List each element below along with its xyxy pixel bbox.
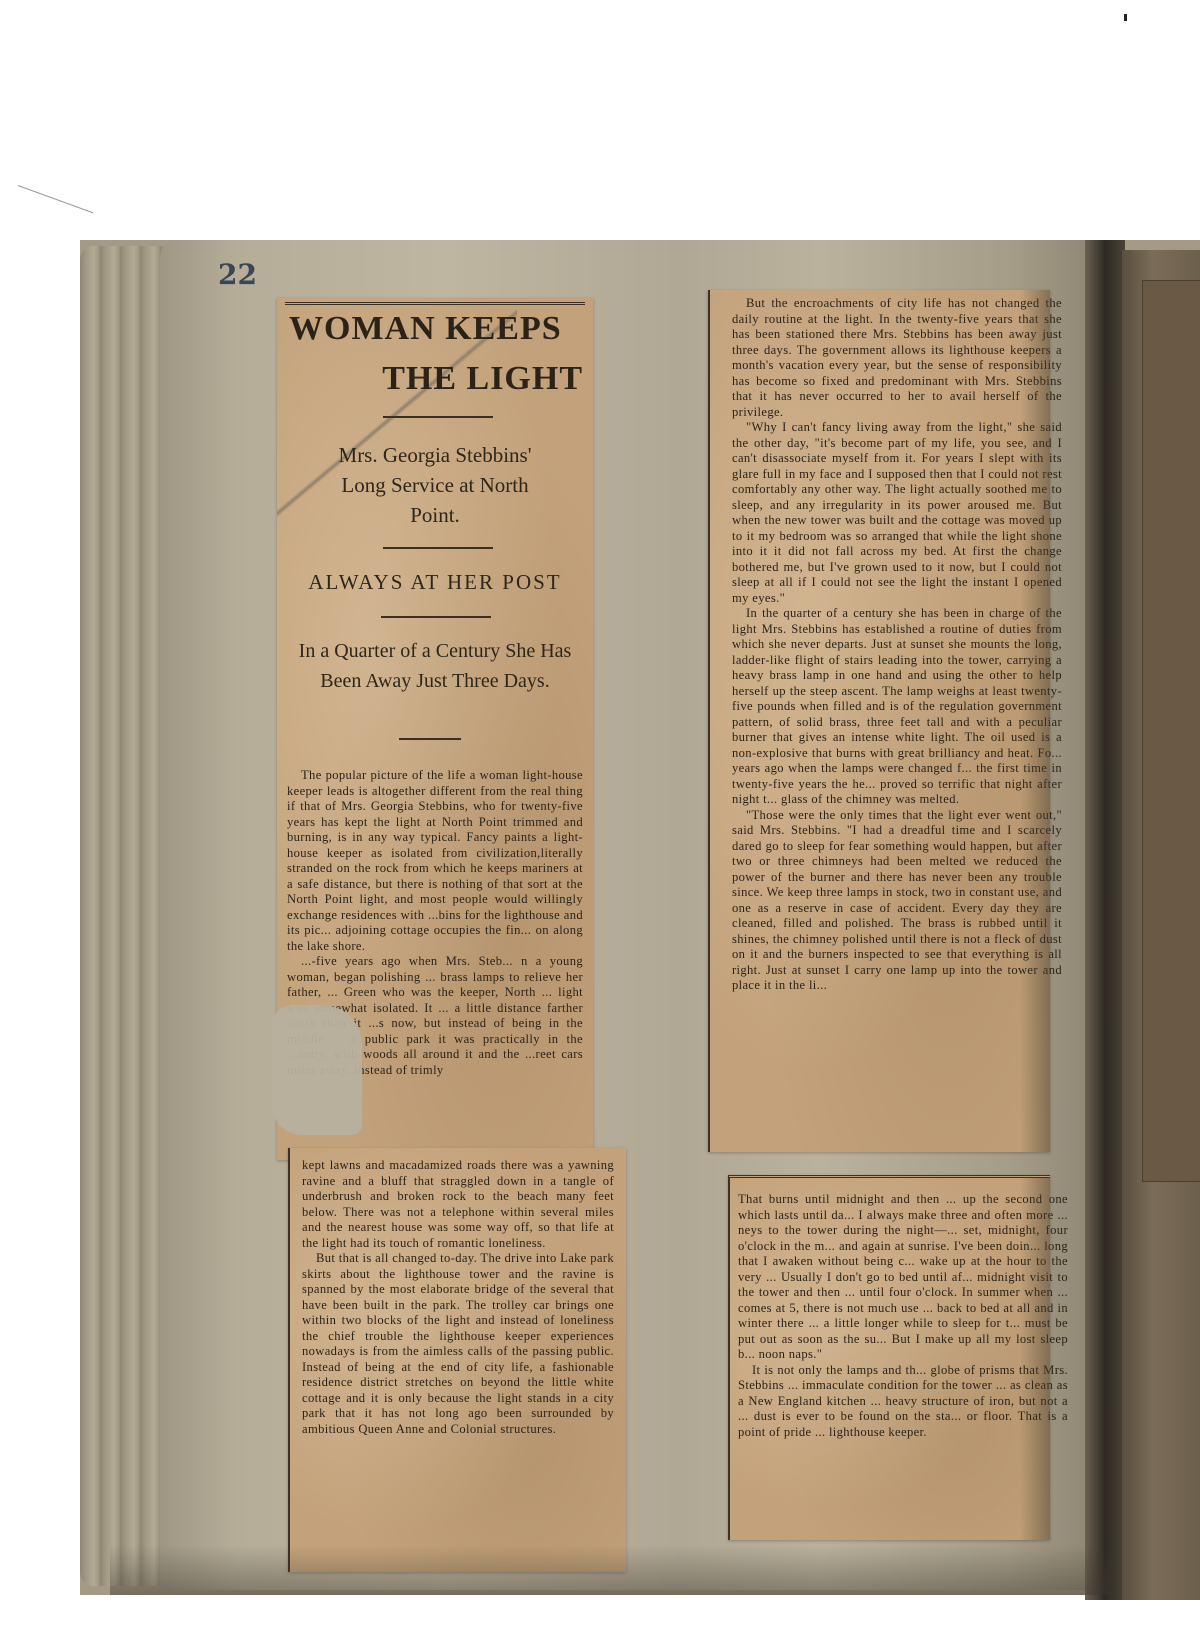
spine-shadow — [1020, 290, 1050, 1152]
top-rule — [285, 302, 585, 305]
clipping-left-lower: kept lawns and macadamized roads there w… — [288, 1148, 626, 1572]
paragraph: In the quarter of a century she has been… — [732, 606, 1062, 808]
clipping-right-lower: That burns until midnight and then ... u… — [728, 1175, 1050, 1540]
headline-line-1: WOMAN KEEPS — [289, 310, 562, 348]
paragraph: The popular picture of the life a woman … — [287, 768, 583, 954]
paragraph: "Why I can't fancy living away from the … — [732, 420, 1062, 606]
subheadline-3: In a Quarter of a Century She Has Been A… — [277, 636, 593, 696]
paragraph: But that is all changed to-day. The driv… — [302, 1251, 614, 1437]
facing-page-clipping — [1142, 280, 1200, 1182]
clipping-right-upper: But the encroachments of city life has n… — [708, 290, 1050, 1152]
subheadline-2: ALWAYS AT HER POST — [277, 570, 593, 595]
article-column-2: kept lawns and macadamized roads there w… — [302, 1158, 614, 1437]
divider-rule — [381, 616, 491, 618]
paragraph: But the encroachments of city life has n… — [732, 296, 1062, 420]
page-bottom-shadow — [110, 1545, 1110, 1595]
article-column-4: That burns until midnight and then ... u… — [738, 1192, 1068, 1532]
headline-line-2: THE LIGHT — [382, 360, 583, 398]
spine-shadow — [1020, 1178, 1050, 1540]
paragraph: That burns until midnight and then ... u… — [738, 1192, 1068, 1363]
scan-margin-top — [0, 0, 1200, 230]
divider-rule — [399, 738, 461, 740]
divider-rule — [383, 416, 493, 418]
scan-artifact-mark — [1124, 14, 1127, 21]
torn-damage-area — [272, 1005, 362, 1135]
article-column-3: But the encroachments of city life has n… — [732, 296, 1062, 1146]
paragraph: It is not only the lamps and th... globe… — [738, 1363, 1068, 1441]
page-number: 22 — [218, 258, 257, 291]
scan-margin-bottom — [0, 1600, 1200, 1650]
paragraph: "Those were the only times that the ligh… — [732, 808, 1062, 994]
subheadline-1: Mrs. Georgia Stebbins' Long Service at N… — [277, 440, 593, 530]
book-spine — [1085, 240, 1125, 1600]
paragraph: kept lawns and macadamized roads there w… — [302, 1158, 614, 1251]
divider-rule — [383, 547, 493, 549]
